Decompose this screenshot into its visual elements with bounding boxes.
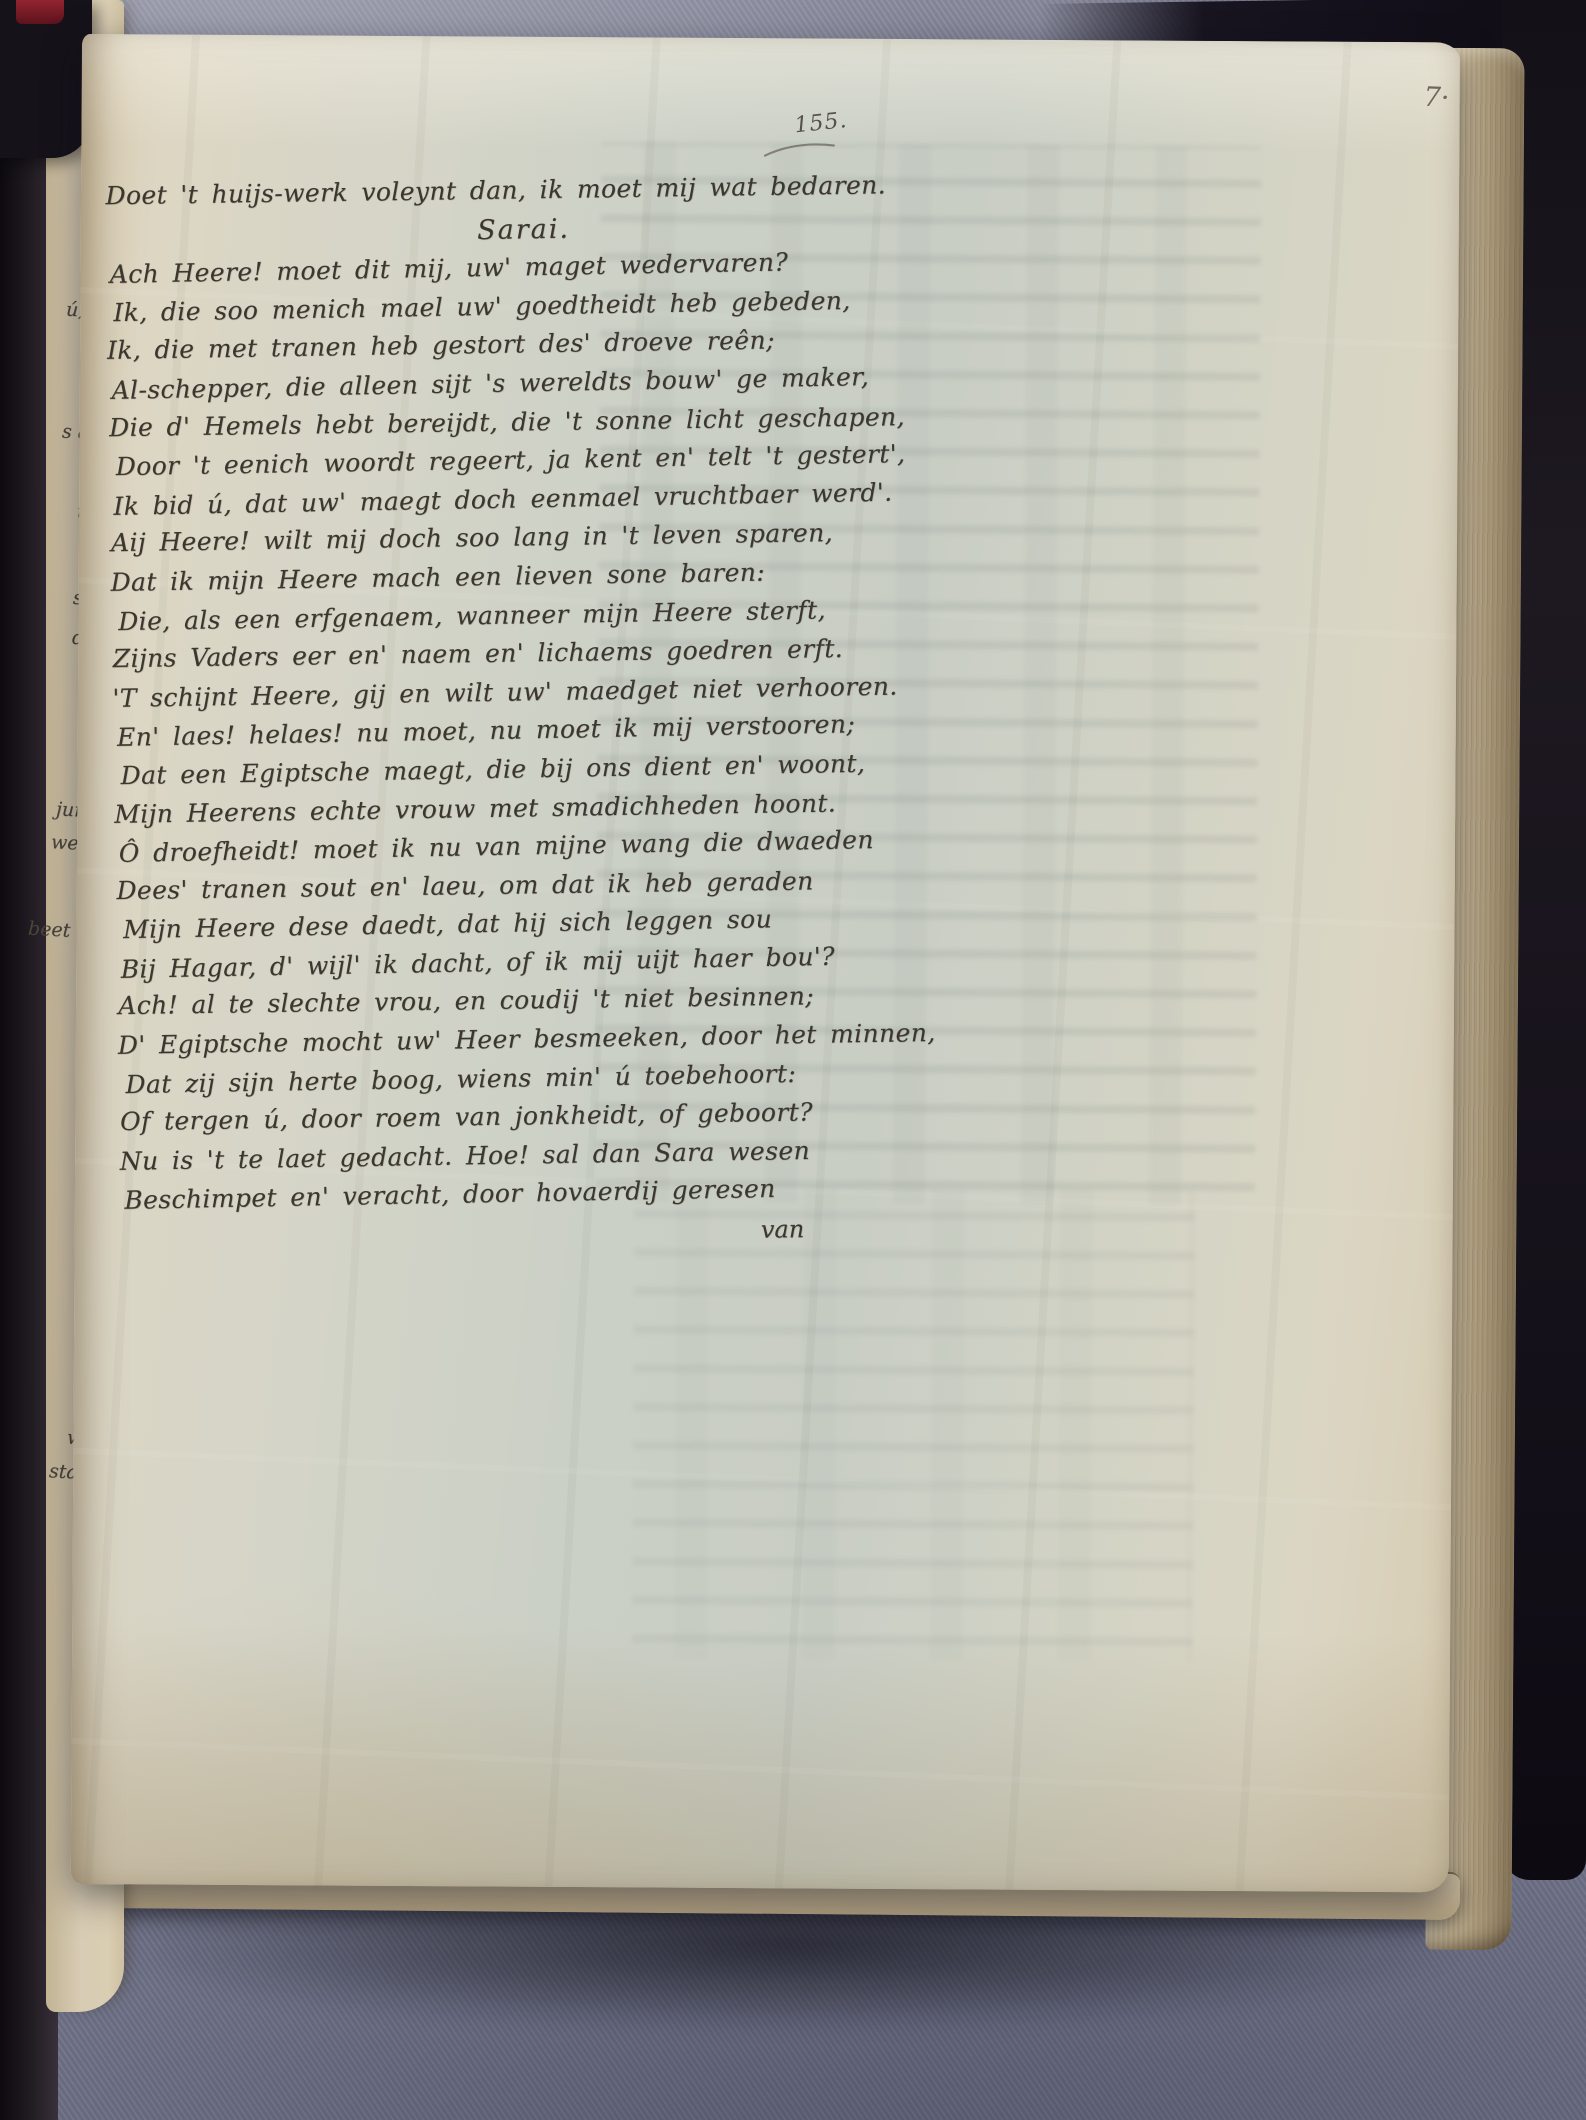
- page-number-flourish: [762, 138, 838, 159]
- red-cover-accent: [16, 0, 64, 24]
- pencil-folio-number: 7·: [1423, 82, 1450, 114]
- ink-page-number: 155.: [793, 108, 848, 138]
- catchword: van: [761, 1213, 919, 1243]
- verse-lines: Doet 't huijs-werk voleynt dan, ik moet …: [96, 169, 918, 1224]
- manuscript-page: 7· 155. Doet 't huijs-werk voleynt dan, …: [71, 34, 1460, 1892]
- manuscript-photo: ú, mij s acht ten ucht skijt. drijft jur…: [0, 0, 1586, 2120]
- handwritten-text-block: 155. Doet 't huijs-werk voleynt dan, ik …: [95, 113, 919, 1254]
- ink-bleedthrough-lower: [632, 1187, 1195, 1660]
